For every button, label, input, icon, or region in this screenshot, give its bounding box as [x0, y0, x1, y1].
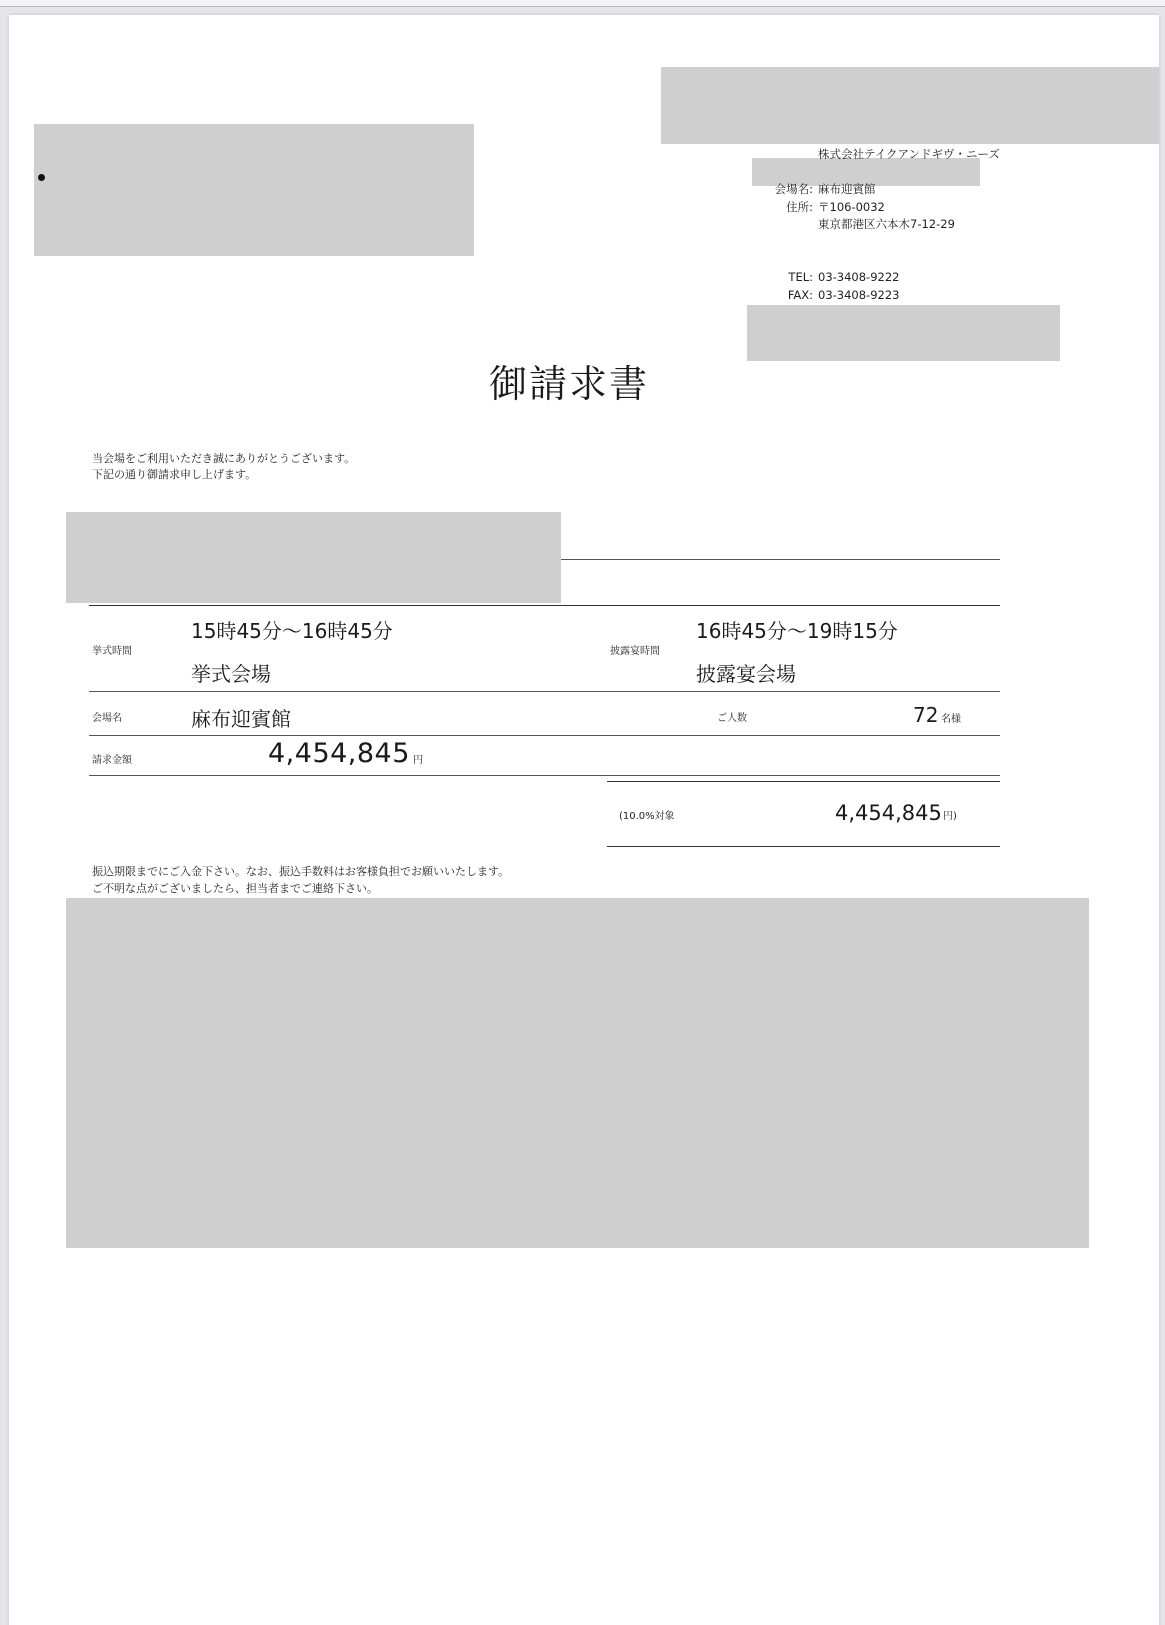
- rule-row-2: [89, 735, 1000, 736]
- tax-amount: 4,454,845: [835, 801, 942, 825]
- note-line-1: 振込期限までにご入金下さい。なお、振込手数料はお客様負担でお願いいたします。: [92, 863, 509, 879]
- note-line-2: ご不明な点がございましたら、担当者までご連絡下さい。: [92, 880, 378, 896]
- rule-customer-1: [561, 559, 1000, 560]
- ceremony-time: 15時45分〜16時45分: [191, 615, 393, 644]
- billing-label: 請求金額: [92, 751, 132, 766]
- venue-name: 麻布迎賓館: [191, 703, 291, 732]
- sender-fax-label: FAX:: [749, 287, 813, 303]
- rule-tax-top: [607, 781, 1000, 782]
- redacted-block-header-right: [661, 67, 1159, 144]
- sender-address: 東京都港区六本木7-12-29: [818, 216, 955, 232]
- sender-tel: 03-3408-9222: [818, 269, 899, 285]
- ceremony-venue: 挙式会場: [191, 658, 271, 687]
- rule-tax-bottom: [607, 846, 1000, 847]
- ceremony-time-label: 挙式時間: [92, 642, 132, 657]
- greeting-line-2: 下記の通り御請求申し上げます。: [92, 466, 256, 482]
- document-title: 御請求書: [489, 353, 649, 408]
- tax-currency: 円): [943, 807, 957, 822]
- tax-label: (10.0%対象: [619, 807, 675, 822]
- reception-time-label: 披露宴時間: [610, 642, 660, 657]
- redacted-block-recipient: [34, 124, 474, 256]
- sender-postal-code: 〒106-0032: [818, 199, 885, 215]
- redacted-block-bank-info: [66, 898, 1089, 1248]
- venue-label: 会場名: [92, 709, 122, 724]
- sender-tel-label: TEL:: [749, 269, 813, 285]
- sender-company: 株式会社テイクアンドギヴ・ニーズ: [818, 146, 1000, 162]
- redacted-block-stamp: [747, 305, 1060, 361]
- bullet-mark: [38, 174, 45, 181]
- greeting-line-1: 当会場をご利用いただき誠にありがとうございます。: [92, 450, 355, 466]
- sender-venue-name: 麻布迎賓館: [818, 181, 876, 197]
- rule-row-3: [89, 775, 1000, 776]
- guests-label: ご人数: [717, 709, 747, 724]
- viewer-top-bar: [0, 0, 1165, 7]
- billing-amount: 4,454,845: [268, 738, 410, 769]
- sender-address-label: 住所:: [749, 199, 813, 215]
- invoice-page: 株式会社テイクアンドギヴ・ニーズ 会場名: 麻布迎賓館 住所: 〒106-003…: [9, 15, 1159, 1625]
- rule-row-1: [89, 691, 1000, 692]
- rule-table-top: [89, 605, 1000, 606]
- reception-venue: 披露宴会場: [696, 658, 796, 687]
- billing-currency: 円: [413, 751, 423, 766]
- reception-time: 16時45分〜19時15分: [696, 615, 898, 644]
- sender-fax: 03-3408-9223: [818, 287, 899, 303]
- redacted-block-customer: [66, 512, 561, 603]
- sender-venue-label: 会場名:: [749, 181, 813, 197]
- guests-count: 72: [913, 703, 938, 727]
- guests-unit: 名様: [941, 710, 961, 725]
